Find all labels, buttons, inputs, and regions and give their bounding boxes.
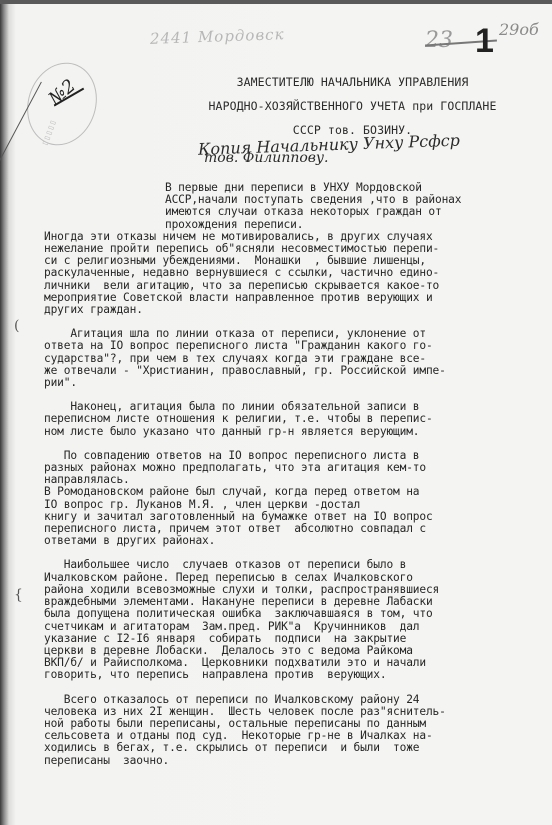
- paragraph-1: В первые дни переписи в УНХУ Мордовской …: [44, 182, 524, 316]
- paragraph-3: Наконец, агитация была по линии обязател…: [44, 401, 524, 438]
- text-line: счетчикам и агитаторам Зам.пред. РИК"а К…: [44, 621, 524, 633]
- address-line: НАРОДНО-ХОЗЯЙСТВЕННОГО УЧЕТА при ГОСПЛАН…: [180, 94, 525, 118]
- folio-number: 1: [475, 22, 494, 61]
- margin-bracket-mark: {: [14, 587, 23, 603]
- text-line: прохождения переписи.: [165, 219, 524, 231]
- text-line: рии".: [44, 377, 524, 389]
- text-line: В Ромодановском районе был случай, когда…: [44, 486, 524, 498]
- text-line: имеются случаи отказа некоторых граждан …: [165, 206, 524, 218]
- paragraph-6: Наибольшее число случаев отказов от пере…: [44, 559, 524, 681]
- margin-bracket-mark: (: [14, 318, 19, 334]
- address-line: ЗАМЕСТИТЕЛЮ НАЧАЛЬНИКА УПРАВЛЕНИЯ: [180, 70, 525, 94]
- document-page: 2441 Мордовск 23 1 29об №2 ▯▯▯▯▯ ( { ЗАМ…: [0, 0, 552, 825]
- folio-struck-number: 23: [425, 28, 453, 53]
- text-line: сударства"?, при чем в тех случаях когда…: [44, 353, 524, 365]
- text-line: говорить, что перепись направлена против…: [44, 669, 524, 681]
- folio-number-mark: 23 1 29об: [425, 16, 540, 66]
- opening-block: В первые дни переписи в УНХУ Мордовской …: [165, 182, 524, 231]
- text-line: же отвечали - "Христианин, православный,…: [44, 365, 524, 377]
- paragraph-5: В Ромодановском районе был случай, когда…: [44, 486, 524, 547]
- text-line: была допущена политическая ошибка заключ…: [44, 608, 524, 620]
- text-line: ходились в бегах, т.е. скрылись от переп…: [44, 742, 524, 754]
- text-line: переписаны заочно.: [44, 755, 524, 767]
- scan-edge: [0, 0, 552, 4]
- text-line: других граждан.: [44, 304, 524, 316]
- text-line: Всего отказалось от переписи по Ичалковс…: [44, 694, 524, 706]
- paragraph-7: Всего отказалось от переписи по Ичалковс…: [44, 694, 524, 767]
- paragraph-2: Агитация шла по линии отказа от переписи…: [44, 328, 524, 389]
- folio-small-note: 29об: [499, 20, 539, 39]
- text-line: раскулаченные, недавно вернувшиеся с ссы…: [44, 267, 524, 279]
- text-line: личники вели агитацию, что за переписью …: [44, 280, 524, 292]
- text-line: ответа на IО вопрос переписного листа "Г…: [44, 340, 524, 352]
- text-line: ответами в других районах.: [44, 535, 524, 547]
- archive-stamp-faint: 2441 Мордовск: [150, 22, 371, 52]
- paragraph-4: По совпадению ответов на IО вопрос переп…: [44, 450, 524, 487]
- text-line: ном листе было указано что данный гр-н я…: [44, 426, 524, 438]
- text-line: Наибольшее число случаев отказов от пере…: [44, 559, 524, 571]
- handwritten-resolution: Копия Начальнику Унху Рсфср тов. Филиппо…: [198, 134, 528, 166]
- letter-body: В первые дни переписи в УНХУ Мордовской …: [44, 182, 524, 779]
- text-line: переписном листе отношения к религии, т.…: [44, 413, 524, 425]
